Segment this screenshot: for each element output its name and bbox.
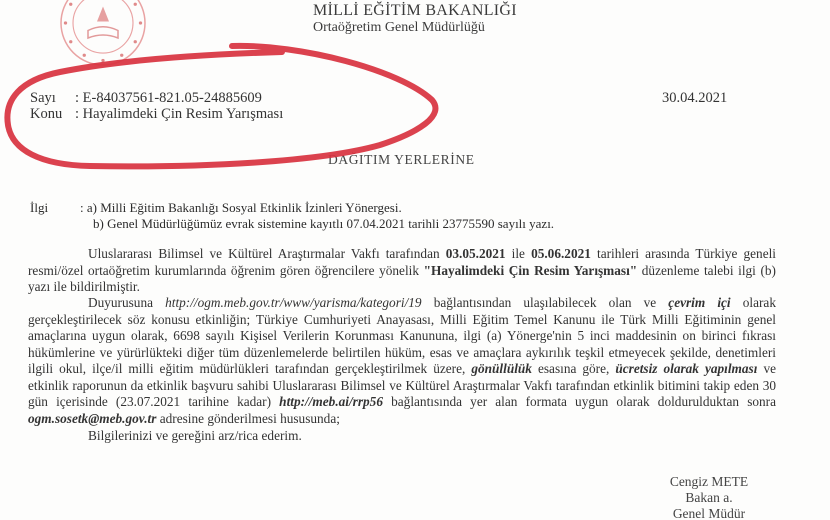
- paragraph-2: Duyurusuna http://ogm.meb.gov.tr/www/yar…: [28, 295, 776, 427]
- p2-text: bağlantısından ulaşılabilecek olan ve: [422, 295, 669, 310]
- konu-value: : Hayalimdeki Çin Resim Yarışması: [75, 106, 283, 122]
- p2-text: Duyurusuna: [88, 295, 165, 310]
- signatory-name: Cengiz METE: [654, 474, 764, 490]
- competition-title: "Hayalimdeki Çin Resim Yarışması": [424, 263, 638, 278]
- p1-text: ile: [506, 246, 531, 261]
- closing-line: Bilgilerinizi ve gereğini arz/rica ederi…: [88, 428, 302, 444]
- sayi-value: : E-84037561-821.05-24885609: [75, 90, 262, 106]
- signatory-position: Genel Müdür: [654, 506, 764, 520]
- distribution-heading: DAĞITIM YERLERİNE: [328, 152, 475, 168]
- paragraph-1: Uluslararası Bilimsel ve Kültürel Araştı…: [28, 246, 776, 296]
- ilgi-a: : a) Milli Eğitim Bakanlığı Sosyal Etkin…: [80, 200, 402, 215]
- reference-a: İlgi: a) Milli Eğitim Bakanlığı Sosyal E…: [30, 200, 402, 216]
- start-date: 03.05.2021: [446, 246, 506, 261]
- signatory-title: Bakan a.: [654, 490, 764, 506]
- p2-text: adresine gönderilmesi hususunda;: [156, 411, 340, 426]
- reference-number: Sayı: E-84037561-821.05-24885609: [30, 90, 262, 107]
- p1-text: Uluslararası Bilimsel ve Kültürel Araştı…: [88, 246, 446, 261]
- free-emphasis: ücretsiz olarak yapılması: [615, 361, 757, 376]
- ministry-name: MİLLİ EĞİTİM BAKANLIĞI: [313, 2, 517, 20]
- report-link[interactable]: http://meb.ai/rrp56: [279, 394, 383, 409]
- p2-text: bağlantısında yer alan formata uygun ola…: [383, 394, 776, 409]
- document-date: 30.04.2021: [662, 90, 727, 107]
- ilgi-label: İlgi: [30, 200, 80, 216]
- reference-b: b) Genel Müdürlüğümüz evrak sistemine ka…: [93, 216, 554, 232]
- sayi-label: Sayı: [30, 90, 75, 107]
- subject: Konu: Hayalimdeki Çin Resim Yarışması: [30, 106, 283, 123]
- konu-label: Konu: [30, 106, 75, 123]
- p2-text: esasına göre,: [532, 361, 615, 376]
- department-name: Ortaöğretim Genel Müdürlüğü: [313, 20, 485, 36]
- voluntary-emphasis: gönüllülük: [471, 361, 532, 376]
- announcement-link[interactable]: http://ogm.meb.gov.tr/www/yarisma/katego…: [165, 295, 421, 310]
- end-date: 05.06.2021: [531, 246, 591, 261]
- online-emphasis: çevrim içi: [668, 295, 730, 310]
- email-link[interactable]: ogm.sosetk@meb.gov.tr: [28, 411, 156, 426]
- ministry-seal-icon: [44, 0, 162, 68]
